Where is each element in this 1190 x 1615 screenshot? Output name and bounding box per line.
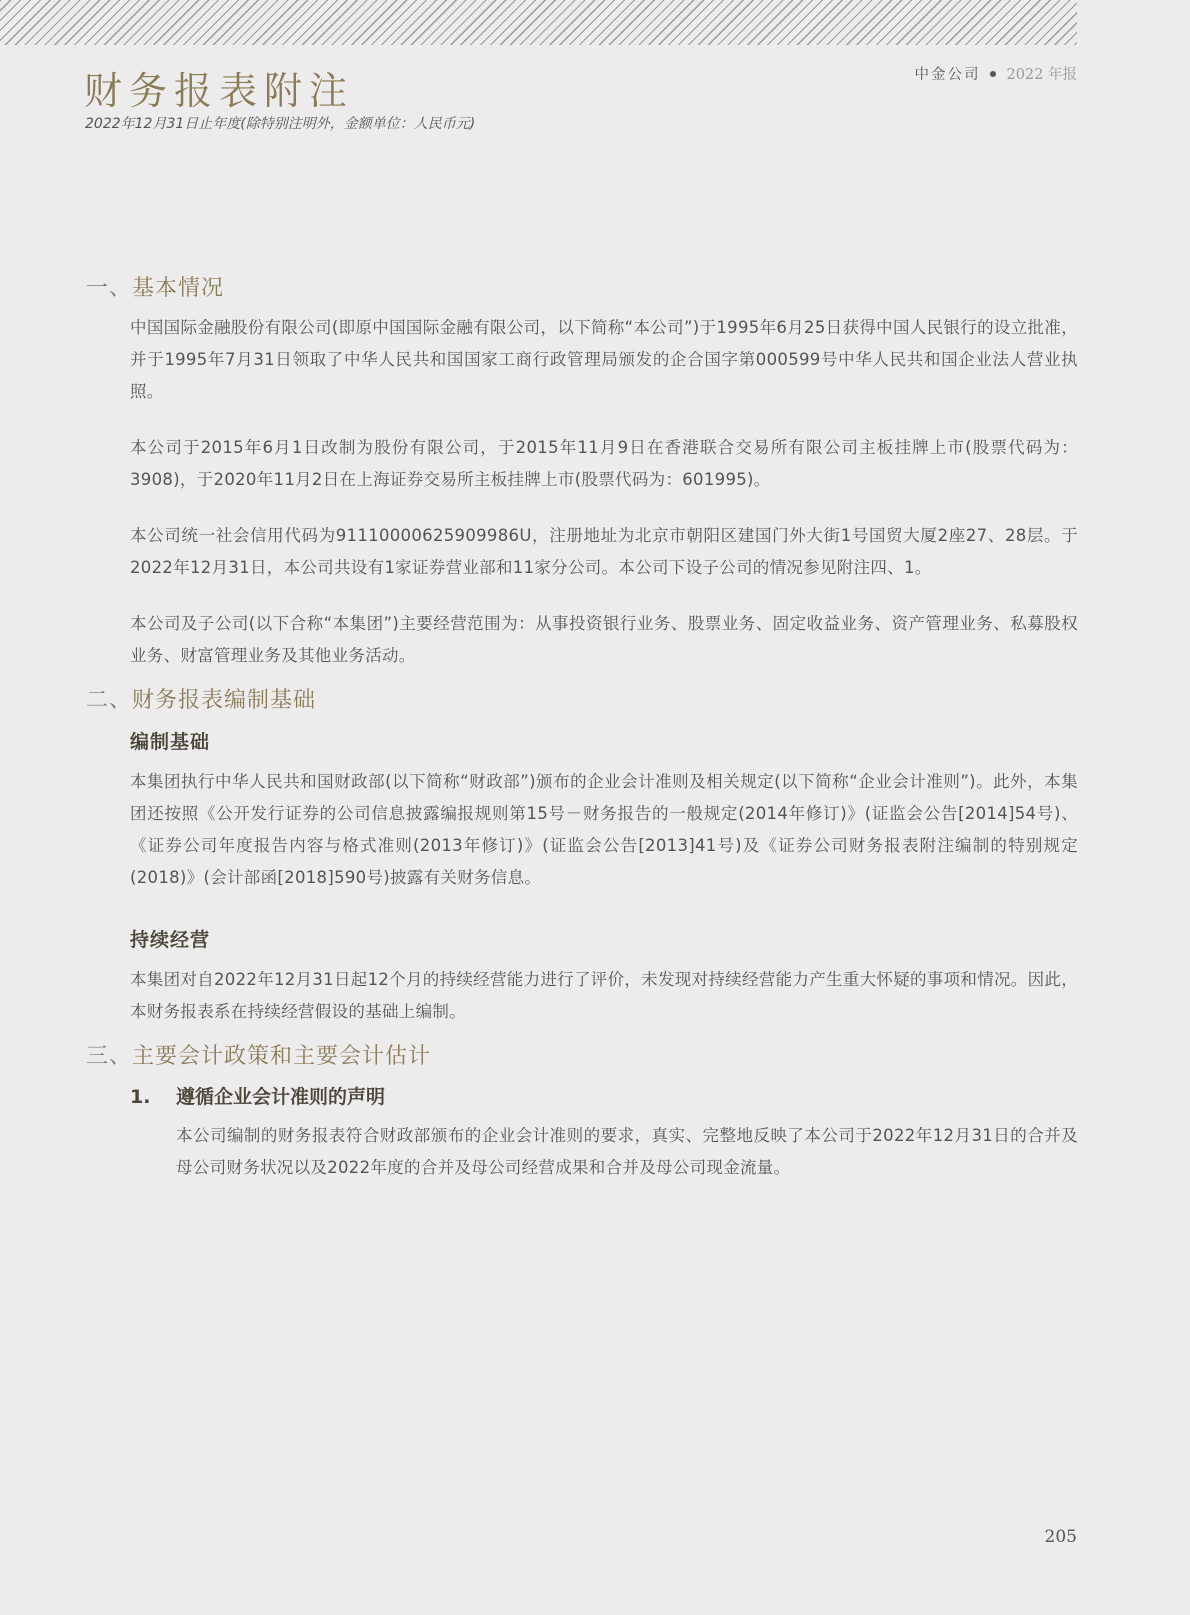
paragraph: 本公司编制的财务报表符合财政部颁布的企业会计准则的要求，真实、完整地反映了本公司… — [176, 1120, 1078, 1184]
paragraph: 本公司及子公司(以下合称“本集团”)主要经营范围为：从事投资银行业务、股票业务、… — [130, 608, 1078, 672]
page-subtitle: 2022年12月31日止年度(除特别注明外，金额单位：人民币元) — [85, 113, 475, 133]
running-head: 中金公司 2022 年报 — [914, 63, 1077, 84]
paragraph: 本公司于2015年6月1日改制为股份有限公司，于2015年11月9日在香港联合交… — [130, 432, 1078, 496]
main-content: 一、基本情况 中国国际金融股份有限公司(即原中国国际金融有限公司，以下简称“本公… — [86, 272, 1078, 1184]
section-number: 二、 — [86, 688, 132, 713]
bullet-dot-icon — [990, 71, 996, 77]
report-year: 2022 年报 — [1006, 63, 1077, 84]
section-heading-basic-info: 一、基本情况 — [86, 272, 1078, 306]
decorative-hatch-band — [0, 0, 1077, 45]
section-title: 主要会计政策和主要会计估计 — [132, 1044, 431, 1069]
page-number: 205 — [1045, 1527, 1077, 1547]
section-heading-accounting-policies: 三、主要会计政策和主要会计估计 — [86, 1040, 1078, 1074]
subsection-heading: 编制基础 — [130, 726, 1078, 758]
section-heading-preparation-basis: 二、财务报表编制基础 — [86, 684, 1078, 718]
section-title: 财务报表编制基础 — [132, 688, 316, 713]
paragraph: 中国国际金融股份有限公司(即原中国国际金融有限公司，以下简称“本公司”)于199… — [130, 312, 1078, 408]
paragraph: 本集团对自2022年12月31日起12个月的持续经营能力进行了评价，未发现对持续… — [130, 964, 1078, 1028]
section-title: 基本情况 — [132, 276, 224, 301]
paragraph: 本公司统一社会信用代码为91110000625909986U，注册地址为北京市朝… — [130, 520, 1078, 584]
section-number: 一、 — [86, 276, 132, 301]
subsection-heading: 持续经营 — [130, 924, 1078, 956]
page-title: 财务报表附注 — [84, 60, 354, 115]
item-title: 遵循企业会计准则的声明 — [176, 1080, 385, 1114]
numbered-heading: 1. 遵循企业会计准则的声明 — [130, 1080, 1078, 1114]
company-name: 中金公司 — [914, 63, 980, 84]
paragraph: 本集团执行中华人民共和国财政部(以下简称“财政部”)颁布的企业会计准则及相关规定… — [130, 766, 1078, 894]
section-number: 三、 — [86, 1044, 132, 1069]
item-number: 1. — [130, 1080, 176, 1114]
